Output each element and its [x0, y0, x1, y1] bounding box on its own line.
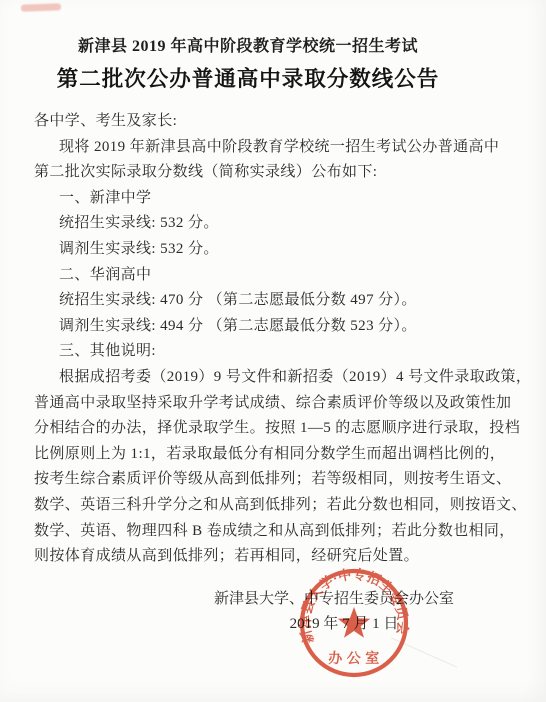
- score-line-huarun-tongzhao: 统招生实录线: 470 分 （第二志愿最低分数 497 分）。: [34, 288, 512, 314]
- document-title: 第二批次公办普通高中录取分数线公告: [34, 64, 462, 94]
- signature-date: 2019 年 7 月 1 日: [199, 612, 489, 638]
- document-body: 各中学、考生及家长: 现将 2019 年新津县高中阶段教育学校统一招生考试公办普…: [34, 109, 512, 570]
- body-line: 第二批次实际录取分数线（简称实录线）公布如下:: [34, 160, 512, 186]
- body-line: 现将 2019 年新津县高中阶段教育学校统一招生考试公办普通高中: [34, 135, 512, 161]
- section-heading-other: 三、其他说明:: [34, 339, 512, 365]
- score-line-xinjin-tiaoji: 调剂生实录线: 532 分。: [34, 237, 512, 263]
- body-line: 普通高中录取坚持采取升学考试成绩、综合素质评价等级以及政策性加: [34, 391, 512, 417]
- score-line-xinjin-tongzhao: 统招生实录线: 532 分。: [34, 211, 512, 237]
- signature-block: 新津县大学、中专招生委员会办公室 2019 年 7 月 1 日: [34, 587, 512, 638]
- body-line: 比例原则上为 1:1，若录取最低分有相同分数学生而超出调档比例的，: [34, 442, 512, 468]
- salutation: 各中学、考生及家长:: [34, 109, 512, 135]
- document-supertitle: 新津县 2019 年高中阶段教育学校统一招生考试: [34, 36, 462, 58]
- signature-office: 新津县大学、中专招生委员会办公室: [179, 587, 489, 613]
- body-line: 数学、英语三科升学分之和从高到低排列；若此分数也相同，则按语文、: [34, 493, 512, 519]
- section-heading-xinjin: 一、新津中学: [34, 186, 512, 212]
- document-content: 新津县 2019 年高中阶段教育学校统一招生考试 第二批次公办普通高中录取分数线…: [34, 36, 512, 638]
- score-line-huarun-tiaoji: 调剂生实录线: 494 分 （第二志愿最低分数 523 分）。: [34, 314, 512, 340]
- scan-artifact-line: [391, 637, 457, 667]
- document-header: 新津县 2019 年高中阶段教育学校统一招生考试 第二批次公办普通高中录取分数线…: [34, 36, 462, 94]
- body-line: 分相结合的办法，择优录取学生。按照 1—5 的志愿顺序进行录取，投档: [34, 416, 512, 442]
- seal-office-label: 办公室: [328, 650, 384, 667]
- body-line: 数学、英语、物理四科 B 卷成绩之和从高到低排列；若此分数也相同，: [34, 519, 512, 545]
- document-page: 新津县 2019 年高中阶段教育学校统一招生考试 第二批次公办普通高中录取分数线…: [0, 0, 546, 702]
- red-ink-smudge: [21, 3, 61, 11]
- body-line: 则按体育成绩从高到低排列；若再相同，经研究后处置。: [34, 544, 512, 570]
- body-line: 按考生综合素质评价等级从高到低排列；若等级相同，则按考生语文、: [34, 467, 512, 493]
- section-heading-huarun: 二、华润高中: [34, 263, 512, 289]
- body-line: 根据成招考委（2019）9 号文件和新招委（2019）4 号文件录取政策，: [34, 365, 512, 391]
